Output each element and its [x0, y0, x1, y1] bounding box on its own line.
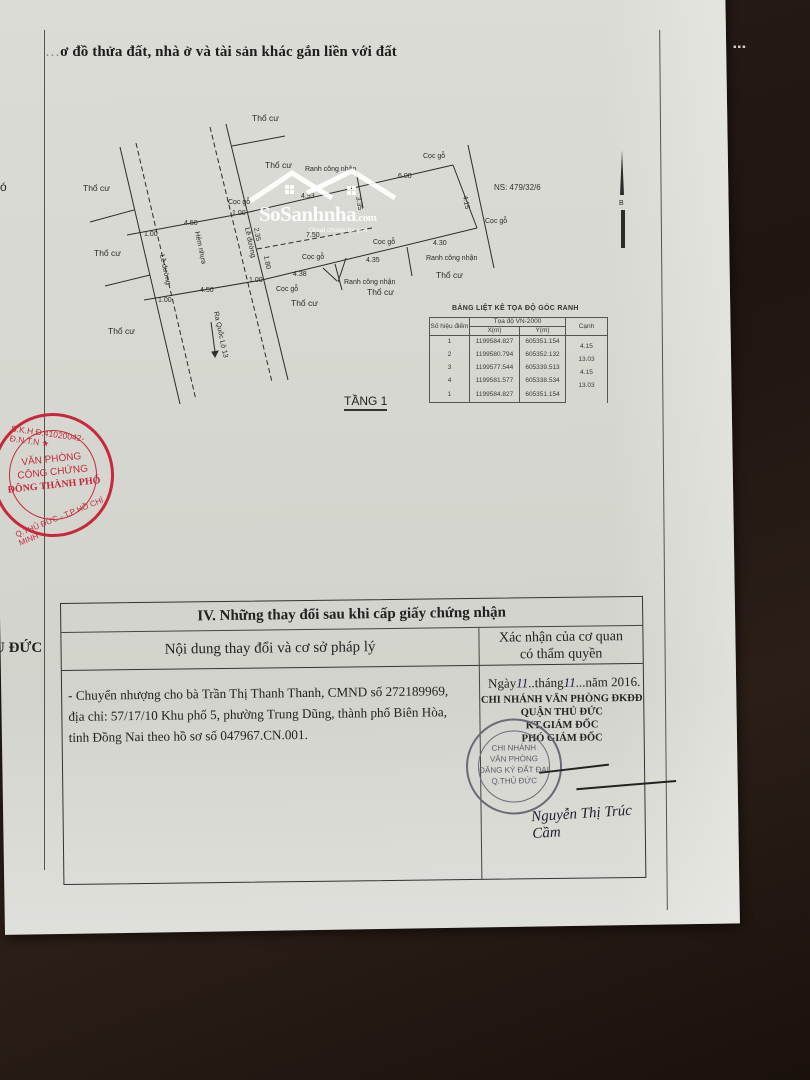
- boundary-label-3: Ranh công nhận: [344, 279, 395, 286]
- house-number: NS: 479/32/6: [494, 183, 541, 192]
- neighbor-label-left1: Thổ cư: [83, 183, 110, 193]
- col-confirm-header: Xác nhận của cơ quan có thẩm quyền: [479, 626, 642, 665]
- signature-stroke-2: [576, 780, 676, 790]
- neighbor-label-bottom2: Thổ cư: [367, 287, 394, 297]
- header-point-id: Số hiệu điểm: [430, 318, 470, 336]
- dim-bottom-2: 4.35: [366, 257, 380, 264]
- coord-cell-y: 605352.132: [520, 349, 566, 362]
- plot-diagram: B Thổ cư Thổ cư Thổ cư Thổ cư Thổ cư Thổ…: [0, 0, 810, 440]
- coord-cell-id: 2: [430, 349, 470, 362]
- edge-length: 13.03: [566, 353, 607, 366]
- neighbor-label-left3: Thổ cư: [108, 326, 135, 336]
- coord-cell-x: 1199577.544: [470, 362, 520, 375]
- coord-table-body: 11199584.827605351.1544.1513.034.1513.03…: [430, 336, 608, 403]
- dim-bottom-1: 4.38: [293, 271, 307, 278]
- office-stamp-line: Q.THỦ ĐỨC: [468, 775, 560, 787]
- dim-road-width-bottom: 4.50: [200, 287, 214, 294]
- dim-bottom-3: 4.30: [433, 240, 447, 247]
- org-line-1: CHI NHÁNH VĂN PHÒNG ĐKĐĐ: [480, 692, 643, 707]
- coord-cell-id: 4: [430, 375, 470, 388]
- coord-table-caption: BẢNG LIỆT KÊ TỌA ĐỘ GÓC RANH: [452, 305, 579, 312]
- dim-top-edge: 6.00: [398, 173, 412, 180]
- dim-edge-1: 1.00: [144, 231, 158, 238]
- header-edge: Cạnh: [566, 318, 608, 336]
- signer-name: Nguyễn Thị Trúc Cầm: [531, 802, 646, 843]
- dim-inner-right: 3.35: [354, 196, 363, 211]
- coord-cell-x: 1199584.827: [470, 336, 520, 349]
- dim-right-edge: 4.15: [461, 195, 470, 210]
- coord-cell-x: 1199580.794: [470, 349, 520, 362]
- north-arrow-label: B: [619, 200, 624, 207]
- dim-inner-width: 7.50: [306, 232, 320, 239]
- marker-label-1: Cọc gỗ: [228, 197, 250, 206]
- neighbor-label-left2: Thổ cư: [94, 248, 121, 258]
- changes-section: IV. Những thay đổi sau khi cấp giấy chứn…: [60, 596, 646, 885]
- dim-edge-4: 1.00: [249, 277, 263, 284]
- changes-entry-row: - Chuyển nhượng cho bà Trần Thị Thanh Th…: [62, 664, 646, 884]
- marker-label-2: Cọc gỗ: [423, 151, 445, 160]
- coord-cell-y: 605338.534: [520, 375, 566, 388]
- marker-label-3: Cọc gỗ: [485, 216, 507, 225]
- road-edge-label-left: Lề đường: [158, 254, 173, 286]
- coord-cell-x: 1199581.577: [470, 375, 520, 388]
- coord-row: 11199584.827605351.1544.1513.034.1513.03: [430, 336, 608, 349]
- col-content-header: Nội dung thay đổi và cơ sở pháp lý: [61, 628, 479, 670]
- neighbor-label-plot-top: Thổ cư: [265, 160, 292, 170]
- neighbor-label-bottom1: Thổ cư: [291, 298, 318, 308]
- edge-length: 4.15: [566, 366, 607, 379]
- header-y: Y(m): [520, 327, 566, 336]
- neighbor-label-bottom3: Thổ cư: [436, 270, 463, 280]
- boundary-label-2: Ranh công nhận: [426, 255, 477, 262]
- dim-road-width-top: 4.50: [184, 220, 198, 227]
- header-coord-group: Tọa độ VN-2000: [470, 318, 566, 327]
- document-content: ▪▪▪ …ơ đồ thửa đất, nhà ở và tài sản khá…: [0, 0, 810, 1080]
- marker-label-5: Cọc gỗ: [302, 252, 324, 261]
- office-stamp: CHI NHÁNHVĂN PHÒNGĐĂNG KÝ ĐẤT ĐAIQ.THỦ Đ…: [465, 718, 562, 815]
- floor-label: TẦNG 1: [344, 394, 387, 411]
- coord-cell-y: 605339.513: [520, 362, 566, 375]
- coord-cell-y: 605351.154: [520, 336, 566, 349]
- confirmation-date: Ngày11..tháng11...năm 2016.: [488, 674, 643, 692]
- neighbor-label-top: Thổ cư: [252, 113, 279, 123]
- margin-fragment-mid: U ĐỨC: [0, 640, 42, 657]
- coord-cell-y: 605351.154: [520, 388, 566, 403]
- coord-cell-id: 3: [430, 362, 470, 375]
- coord-cell-x: 1199584.827: [470, 388, 520, 403]
- dim-front-lower: 1.80: [262, 255, 271, 270]
- coord-table: Số hiệu điểm Tọa độ VN-2000 Cạnh X(m) Y(…: [429, 317, 608, 403]
- marker-label-6: Cọc gỗ: [276, 284, 298, 293]
- alley-label: Hẻm nhựa: [193, 231, 207, 265]
- edge-length: 4.15: [566, 340, 607, 353]
- dim-edge-3: 1.00: [232, 210, 246, 217]
- change-confirmation: Ngày11..tháng11...năm 2016. CHI NHÁNH VĂ…: [480, 664, 646, 879]
- boundary-label-1: Ranh công nhận: [305, 166, 356, 173]
- change-entry-content: - Chuyển nhượng cho bà Trần Thị Thanh Th…: [62, 666, 483, 884]
- dim-top-edge-left: 4.93: [301, 193, 315, 200]
- coord-edge-lengths: 4.1513.034.1513.03: [566, 336, 608, 403]
- edge-length: 13.03: [566, 379, 607, 392]
- office-stamp-text: CHI NHÁNHVĂN PHÒNGĐĂNG KÝ ĐẤT ĐAIQ.THỦ Đ…: [468, 742, 561, 787]
- coord-cell-id: 1: [430, 336, 470, 349]
- header-x: X(m): [470, 327, 520, 336]
- coord-cell-id: 1: [430, 388, 470, 403]
- marker-label-4: Cọc gỗ: [373, 237, 395, 246]
- dim-edge-2: 1.00: [158, 297, 172, 304]
